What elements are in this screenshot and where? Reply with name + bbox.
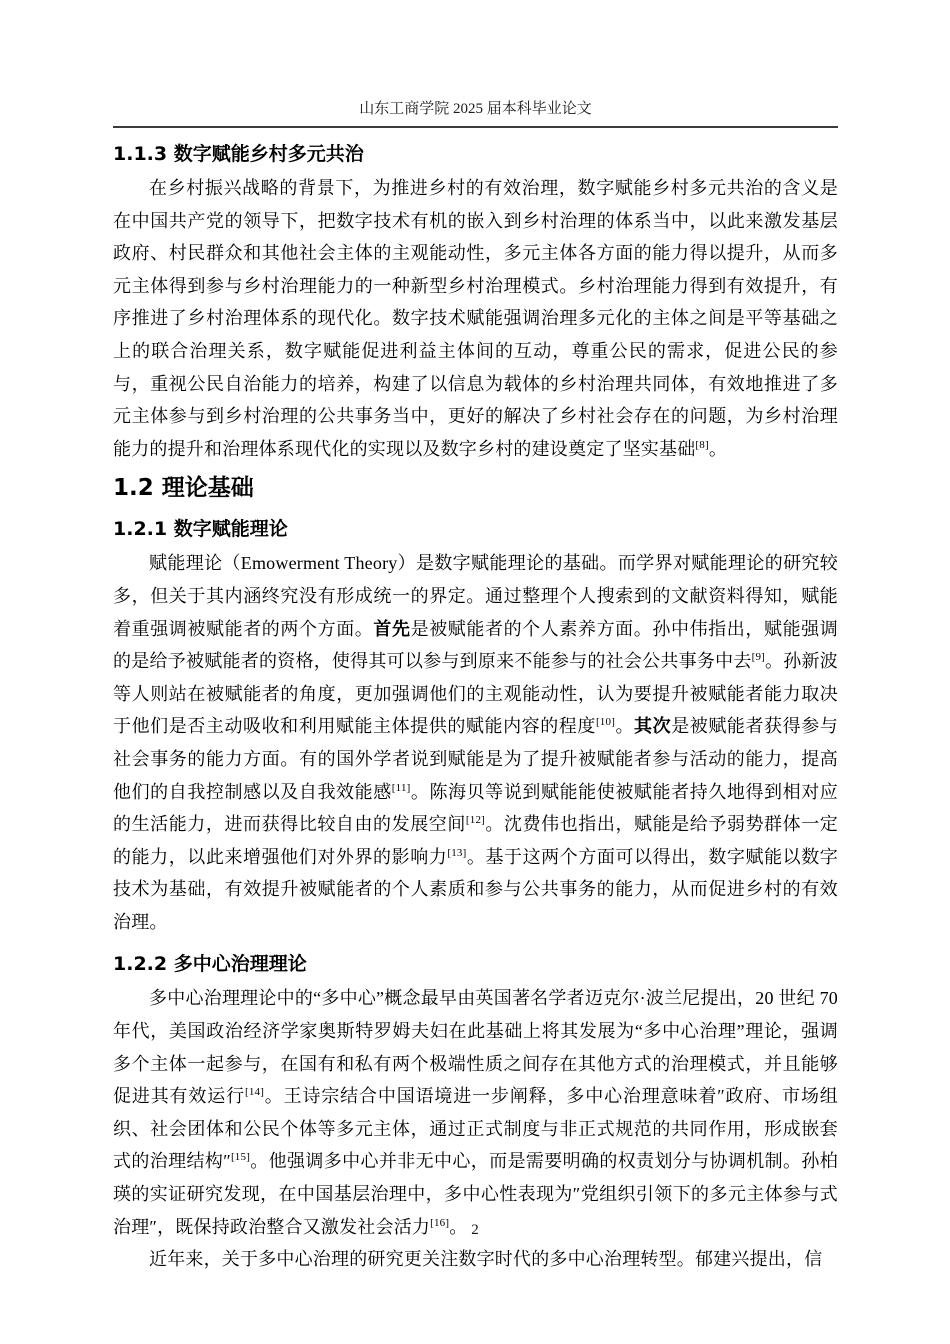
page-header: 山东工商学院 2025 届本科毕业论文	[113, 100, 838, 128]
paragraph-recent-research: 近年来，关于多中心治理的研究更关注数字时代的多中心治理转型。郁建兴提出，信	[113, 1243, 838, 1276]
paragraph-empowerment-theory: 赋能理论（Emowerment Theory）是数字赋能理论的基础。而学界对赋能…	[113, 547, 838, 938]
running-head: 山东工商学院 2025 届本科毕业论文	[113, 100, 838, 118]
paragraph-polycentric-governance: 多中心治理理论中的“多中心”概念最早由英国著名学者迈克尔·波兰尼提出，20 世纪…	[113, 982, 838, 1243]
paragraph-rural-cogovernance-definition: 在乡村振兴战略的背景下，为推进乡村的有效治理，数字赋能乡村多元共治的含义是在中国…	[113, 172, 838, 465]
document-page: 山东工商学院 2025 届本科毕业论文 1.1.3 数字赋能乡村多元共治 在乡村…	[0, 0, 950, 1344]
page-number: 2	[0, 1222, 950, 1239]
header-rule	[113, 126, 838, 128]
document-content: 1.1.3 数字赋能乡村多元共治 在乡村振兴战略的背景下，为推进乡村的有效治理，…	[113, 141, 838, 1276]
heading-1-2-theoretical-basis: 1.2 理论基础	[113, 473, 838, 503]
heading-1-2-1-digital-empowerment-theory: 1.2.1 数字赋能理论	[113, 516, 838, 542]
heading-1-1-3-digital-empowerment-cogovernance: 1.1.3 数字赋能乡村多元共治	[113, 141, 838, 167]
heading-1-2-2-polycentric-governance-theory: 1.2.2 多中心治理理论	[113, 951, 838, 977]
